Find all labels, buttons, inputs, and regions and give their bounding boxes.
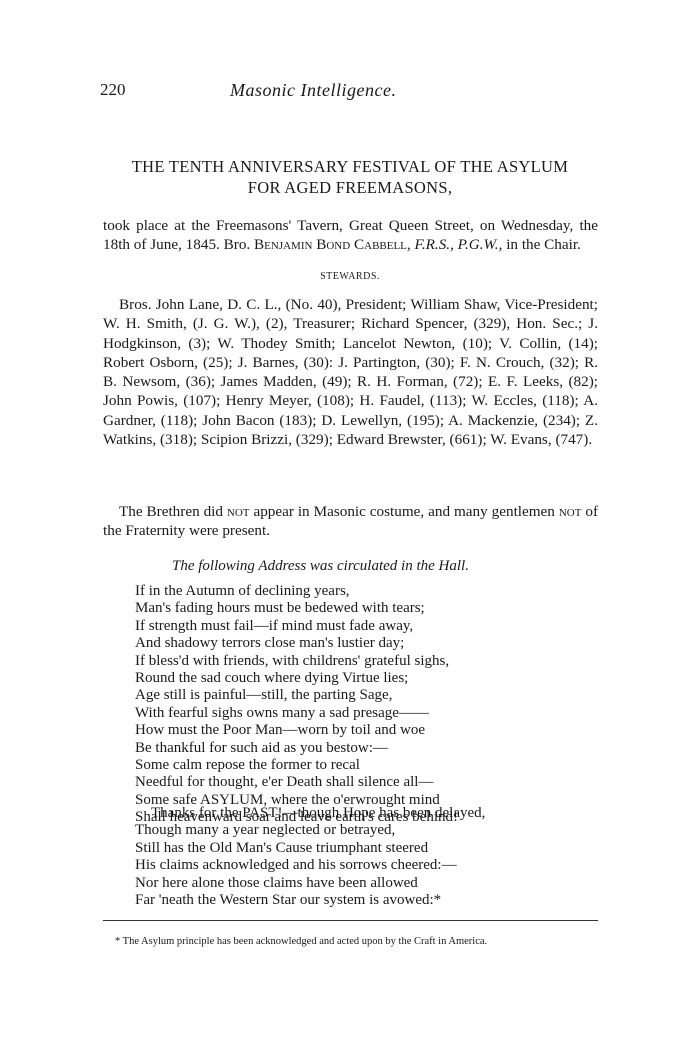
brethren-text-2: appear in Masonic costume, and many gent… bbox=[250, 503, 559, 520]
poem-line: Round the sad couch where dying Virtue l… bbox=[135, 670, 605, 687]
footnote: * The Asylum principle has been acknowle… bbox=[115, 936, 487, 947]
poem-line: Be thankful for such aid as you bestow:— bbox=[135, 740, 605, 757]
poem-line: Though many a year neglected or betrayed… bbox=[135, 822, 605, 839]
intro-paragraph: took place at the Freemasons' Tavern, Gr… bbox=[103, 216, 598, 255]
poem-line: Some calm repose the former to recal bbox=[135, 757, 605, 774]
poem-line: His claims acknowledged and his sorrows … bbox=[135, 857, 605, 874]
intro-text-end: in the Chair. bbox=[502, 236, 580, 253]
chair-titles: F.R.S., P.G.W., bbox=[411, 236, 503, 253]
poem-stanza-2: Thanks for the PAST!—though Hope has bee… bbox=[135, 805, 605, 909]
poem-line: Thanks for the PAST!—though Hope has bee… bbox=[135, 805, 605, 822]
running-head: 220 Masonic Intelligence. bbox=[100, 80, 600, 102]
page-number: 220 bbox=[100, 80, 126, 100]
poem-line: Nor here alone those claims have been al… bbox=[135, 875, 605, 892]
running-title: Masonic Intelligence. bbox=[230, 80, 396, 101]
poem-line: With fearful sighs owns many a sad presa… bbox=[135, 705, 605, 722]
poem-line: Man's fading hours must be bedewed with … bbox=[135, 600, 605, 617]
heading-line-1: THE TENTH ANNIVERSARY FESTIVAL OF THE AS… bbox=[100, 156, 600, 177]
stewards-label: STEWARDS. bbox=[100, 271, 600, 282]
poem-line: Still has the Old Man's Cause triumphant… bbox=[135, 840, 605, 857]
poem-line: And shadowy terrors close man's lustier … bbox=[135, 635, 605, 652]
poem-line: If bless'd with friends, with childrens'… bbox=[135, 653, 605, 670]
footnote-divider bbox=[103, 920, 598, 921]
poem-line: If in the Autumn of declining years, bbox=[135, 583, 605, 600]
poem-line: Far 'neath the Western Star our system i… bbox=[135, 892, 605, 909]
poem-line: If strength must fail—if mind must fade … bbox=[135, 618, 605, 635]
poem-stanza-1: If in the Autumn of declining years, Man… bbox=[135, 583, 605, 827]
document-page: 220 Masonic Intelligence. THE TENTH ANNI… bbox=[0, 0, 684, 1041]
chair-name: Benjamin Bond Cabbell, bbox=[254, 236, 411, 253]
brethren-paragraph: The Brethren did not appear in Masonic c… bbox=[103, 502, 598, 541]
article-heading: THE TENTH ANNIVERSARY FESTIVAL OF THE AS… bbox=[100, 156, 600, 198]
poem-line: Needful for thought, e'er Death shall si… bbox=[135, 774, 605, 791]
heading-line-2: FOR AGED FREEMASONS, bbox=[100, 177, 600, 198]
emphasis-not: not bbox=[559, 503, 582, 520]
poem-line: Age still is painful—still, the parting … bbox=[135, 687, 605, 704]
address-intro: The following Address was circulated in … bbox=[172, 558, 469, 575]
stewards-paragraph: Bros. John Lane, D. C. L., (No. 40), Pre… bbox=[103, 295, 598, 449]
brethren-text-1: The Brethren did bbox=[119, 503, 227, 520]
poem-line: How must the Poor Man—worn by toil and w… bbox=[135, 722, 605, 739]
emphasis-not: not bbox=[227, 503, 250, 520]
